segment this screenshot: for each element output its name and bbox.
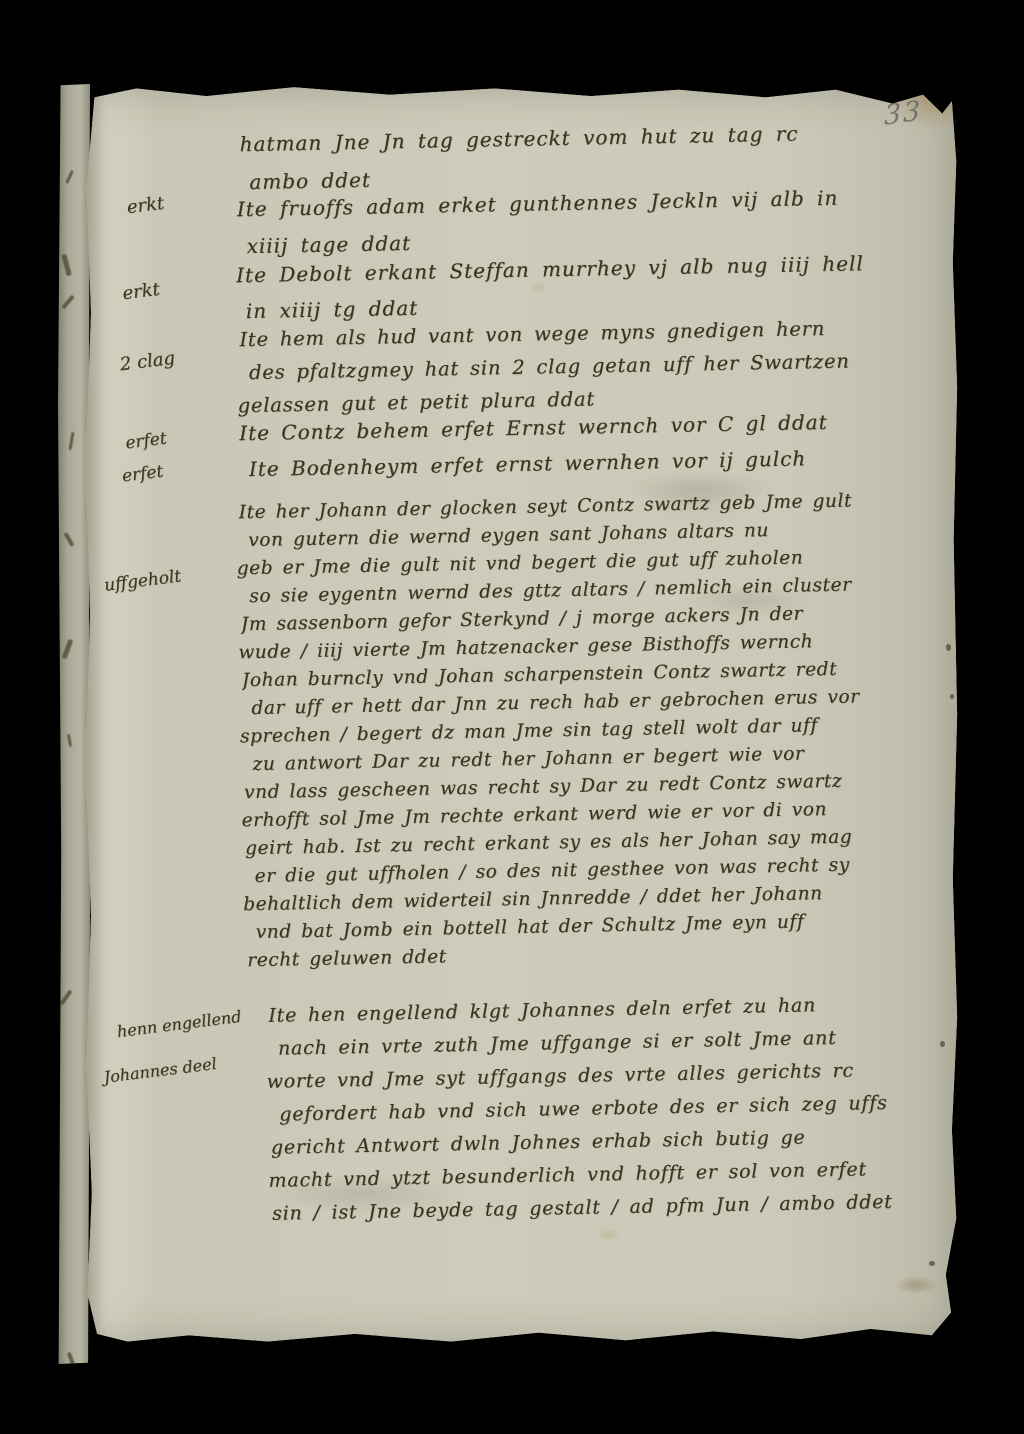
margin-note: uffgeholt [103,566,182,595]
manuscript-page: 33 erkt erkt 2 clag erfet erfet uffgehol… [84,86,958,1344]
ink-bleed-mark [61,295,74,310]
ink-bleed-mark [64,532,75,547]
ink-bleed-mark [59,989,72,1005]
ink-bleed-mark [67,1352,76,1367]
margin-note: erkt [121,279,161,304]
ink-bleed-mark [65,170,74,184]
margin-note: erfet [121,462,165,487]
entry-block: Ite Contz behem erfet Ernst wernch vor C… [239,402,946,488]
entry-block: Ite hen engellend klgt Johannes deln erf… [268,986,978,1231]
photograph-background: { "page": { "number": "33", "paper_color… [0,0,1024,1434]
ink-bleed-mark [61,254,72,277]
entry-block: Ite her Johann der glocken seyt Contz sw… [238,486,953,975]
margin-note: Johannes deel [103,1054,218,1087]
ink-bleed-mark [67,734,72,747]
margin-note: henn engellend [116,1007,243,1041]
ink-bleed-mark [62,639,74,660]
margin-note: erfet [124,429,168,454]
margin-note: 2 clag [119,348,176,376]
margin-note: erkt [126,193,166,218]
binding-edge [58,84,90,1364]
ink-layer: erkt erkt 2 clag erfet erfet uffgeholt h… [73,72,971,1347]
ink-bleed-mark [68,432,74,450]
